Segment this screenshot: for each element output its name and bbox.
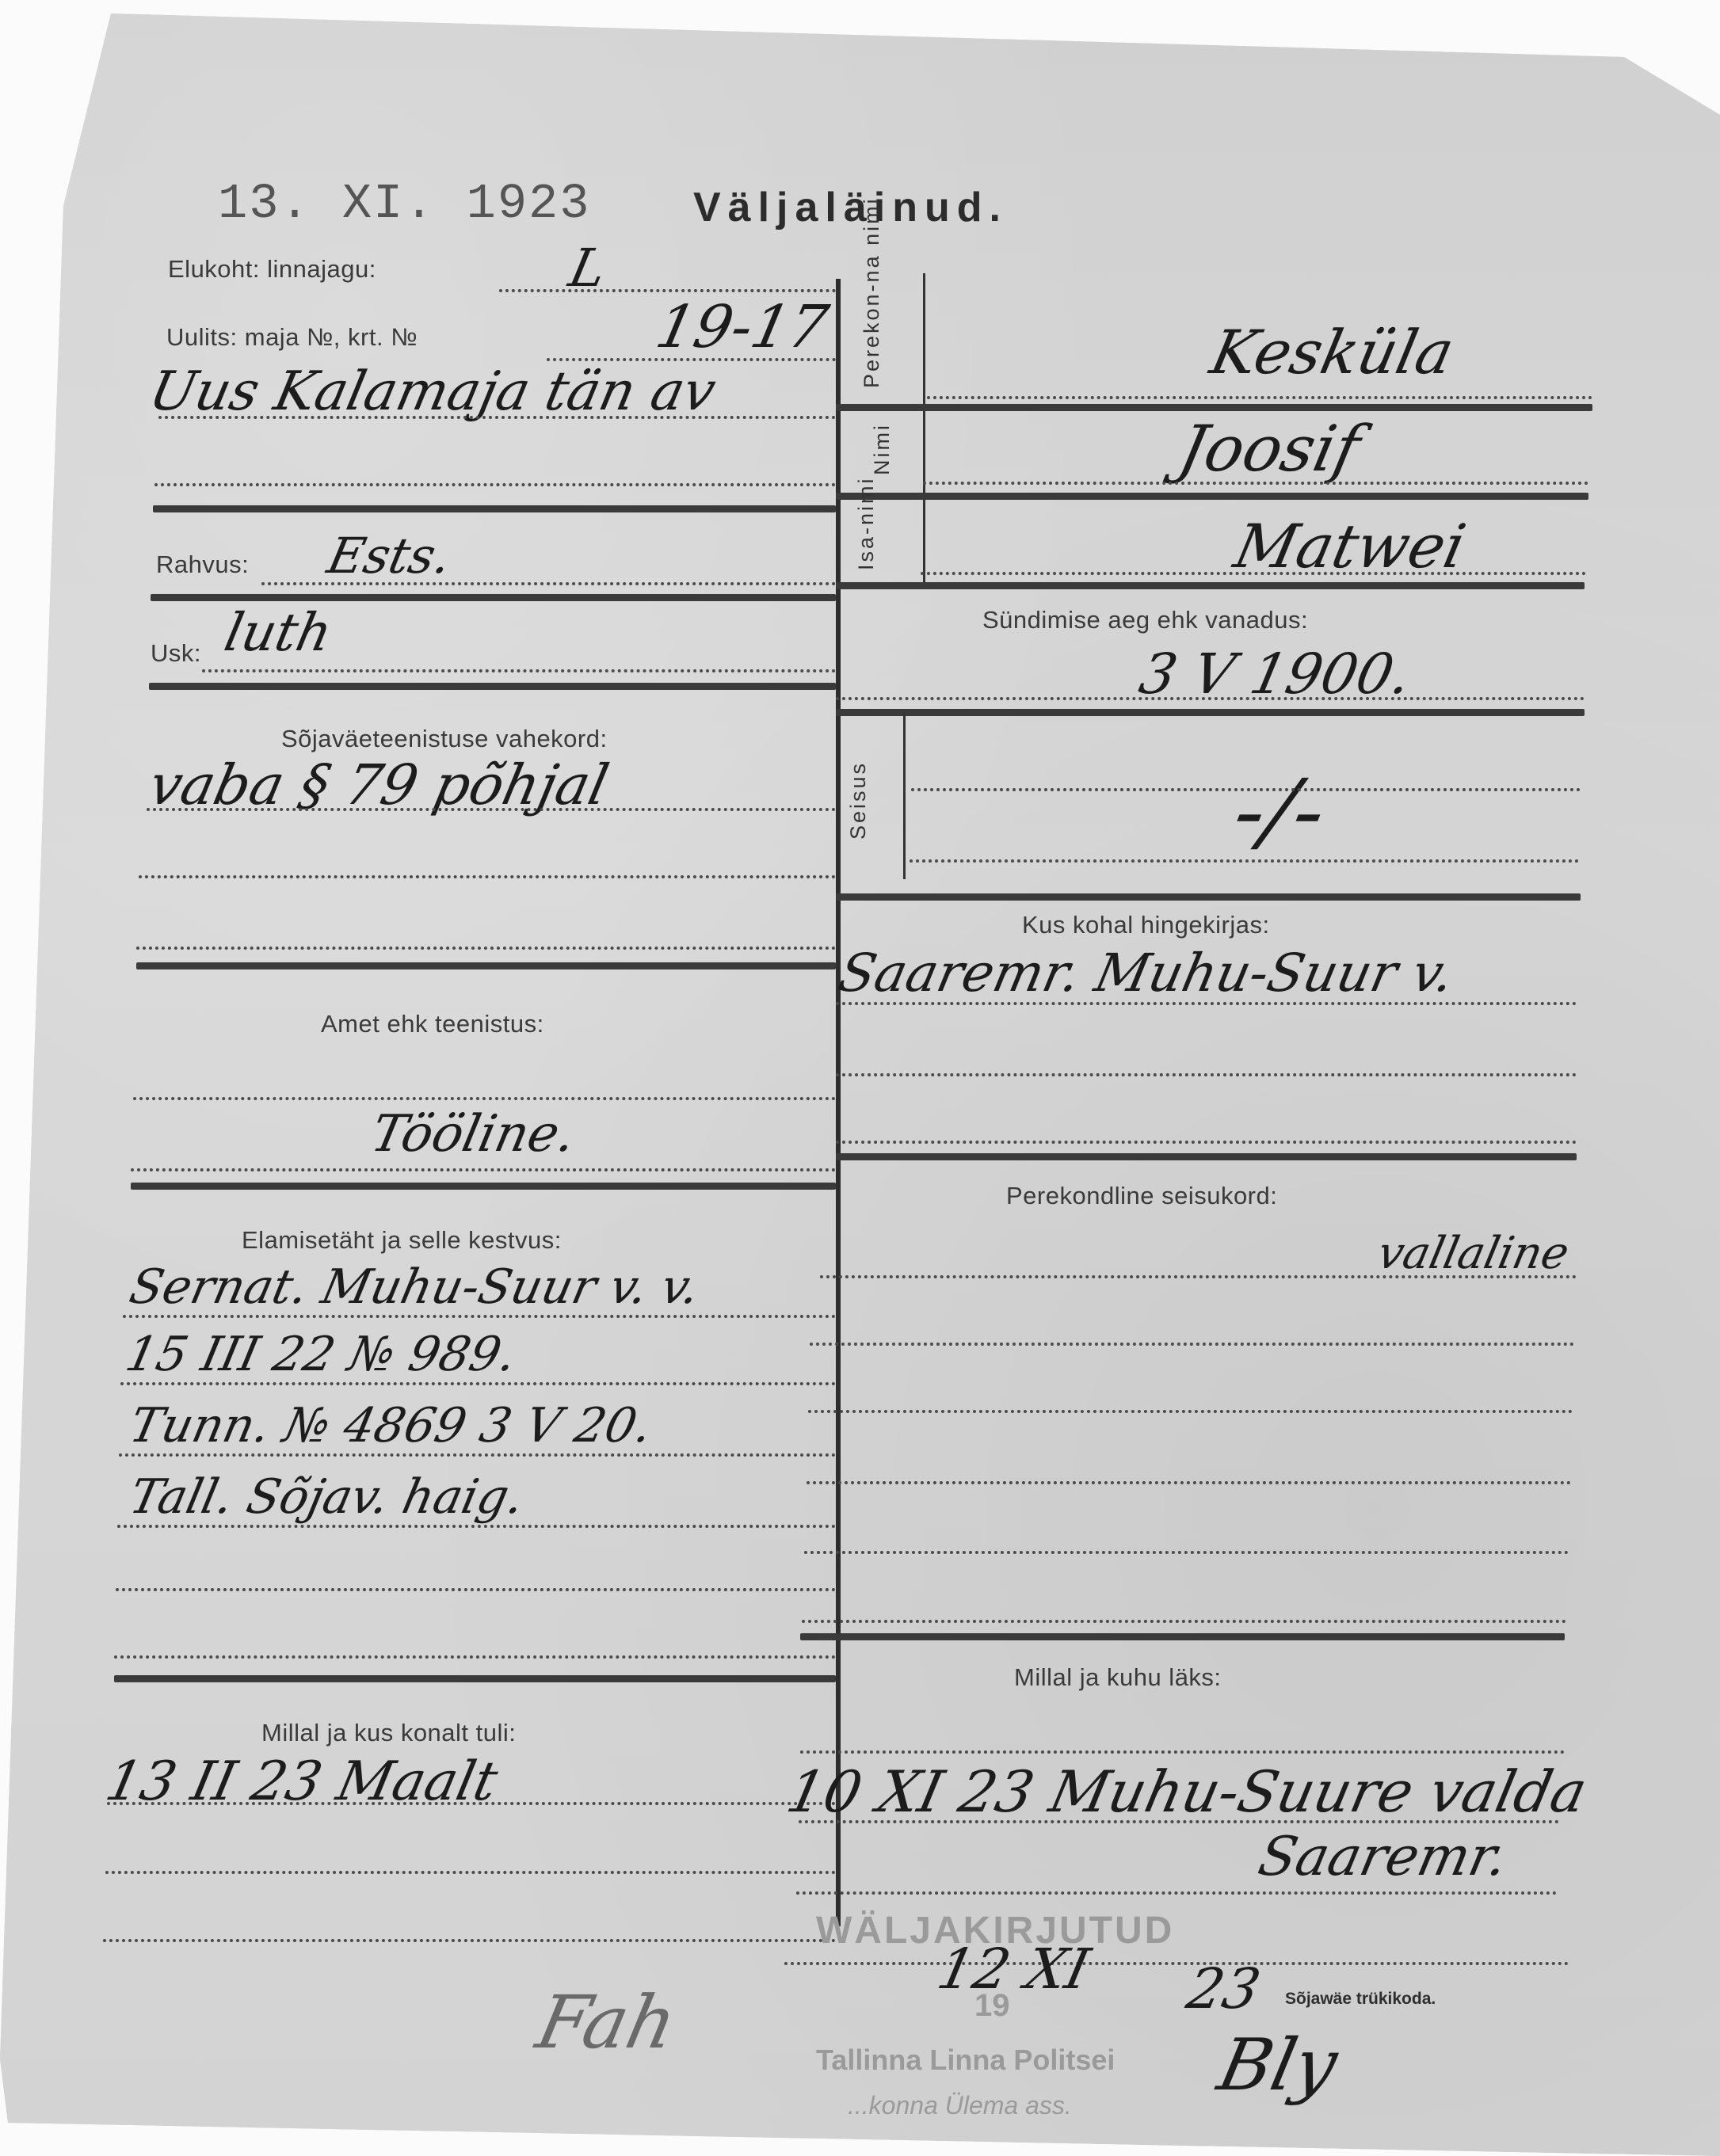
street-line-3 (154, 483, 836, 486)
military-line-2 (139, 875, 836, 878)
arrival-line-2 (105, 1871, 836, 1874)
marital-line-1 (820, 1275, 1577, 1278)
name-label-divider (923, 273, 925, 582)
status-line-2 (910, 859, 1579, 863)
religion-label: Usk: (151, 639, 201, 668)
parish-line-3 (836, 1141, 1577, 1144)
nationality-line (261, 582, 836, 585)
official-signature: Bly (1211, 2024, 1344, 2107)
street-label: Uulits: maja №, krt. № (166, 323, 418, 352)
religion-line (202, 669, 836, 672)
name-rule (836, 582, 1585, 589)
birth-label: Sündimise aeg ehk vanadus: (982, 606, 1308, 634)
first-name-value: Joosif (1173, 412, 1366, 486)
section-rule (836, 709, 1585, 716)
birth-line (836, 697, 1585, 700)
departure-label: Millal ja kuhu läks: (1014, 1663, 1222, 1692)
document-title: Väljaläinud. (693, 184, 1008, 231)
marital-line-5 (804, 1551, 1569, 1554)
marital-line-3 (808, 1410, 1573, 1413)
occupation-value: Tööline. (366, 1105, 581, 1164)
section-rule (800, 1633, 1565, 1640)
military-label: Sõjaväeteenistuse vahekord: (281, 725, 608, 753)
permit-line-2 (120, 1382, 836, 1385)
arrival-line-1 (107, 1802, 836, 1805)
parish-register-label: Kus kohal hingekirjas: (1022, 911, 1270, 939)
marital-line-2 (810, 1343, 1574, 1346)
occupation-line-1 (133, 1097, 836, 1100)
surname-label: Perekon-na nimi (860, 196, 883, 388)
section-rule (836, 893, 1581, 901)
military-line-1 (147, 808, 836, 811)
marital-line-6 (802, 1620, 1566, 1623)
signed-year: 23 (1181, 1956, 1266, 2021)
marital-status-value: vallaline (1373, 1228, 1573, 1279)
parish-register-value: Saaremr. Muhu-Suur v. (833, 943, 1459, 1004)
district-line (499, 289, 836, 292)
faded-stamp-office: Tallinna Linna Politsei (816, 2044, 1115, 2077)
nationality-value: Ests. (322, 527, 456, 585)
permit-line-4 (117, 1525, 836, 1528)
patronymic-value: Matwei (1229, 511, 1472, 581)
residence-permit-label: Elamisetäht ja selle kestvus: (242, 1226, 562, 1255)
street-value: Uus Kalamaja tän av (144, 360, 722, 423)
occupation-label: Amet ehk teenistus: (321, 1010, 544, 1038)
departure-value-line-2: Saaremr. (1253, 1826, 1513, 1888)
section-rule (114, 1675, 836, 1682)
column-divider (836, 279, 841, 1926)
section-rule (136, 962, 836, 969)
nationality-label: Rahvus: (156, 550, 249, 579)
patronymic-line (921, 572, 1586, 575)
first-name-label: Nimi (870, 423, 894, 475)
residence-permit-line-2: 15 III 22 № 989. (121, 1327, 521, 1382)
status-label-divider (903, 713, 906, 879)
marital-line-4 (807, 1481, 1571, 1484)
parish-line-1 (836, 1002, 1577, 1005)
status-line-1 (911, 788, 1581, 791)
marital-status-label: Perekondline seisukord: (1006, 1182, 1277, 1210)
religion-value: luth (219, 602, 338, 663)
signed-date: 12 XI (932, 1937, 1095, 2002)
printer-credit: Sõjawäe trükikoda. (1285, 1990, 1436, 2009)
section-rule (836, 1153, 1577, 1160)
stamp-date: 13. XI. 1923 (218, 176, 590, 232)
street-line-2 (158, 416, 836, 419)
name-rule (836, 493, 1588, 500)
section-rule (131, 1183, 836, 1190)
pencil-signature: Fah (530, 1980, 684, 2065)
departure-line-2 (799, 1820, 1559, 1823)
residence-permit-line-1: Sernat. Muhu-Suur v. v. (125, 1259, 704, 1315)
house-number-value: 19-17 (650, 293, 834, 361)
patronymic-label: Isa-nimi (854, 476, 878, 570)
occupation-line-2 (131, 1168, 836, 1171)
departure-value-line-1: 10 XI 23 Muhu-Suure valda (781, 1758, 1592, 1825)
permit-line-6 (114, 1655, 836, 1659)
permit-line-3 (119, 1453, 836, 1457)
parish-line-2 (836, 1073, 1577, 1076)
surname-value: Kesküla (1205, 317, 1460, 387)
departure-line-4 (784, 1962, 1569, 1965)
faded-stamp-sub: ...konna Ülema ass. (848, 2091, 1072, 2120)
district-label: Elukoht: linnajagu: (168, 255, 376, 284)
first-name-line (923, 482, 1588, 485)
departure-line-3 (796, 1891, 1557, 1895)
permit-line-5 (116, 1588, 836, 1591)
faded-year-prefix: 19 (974, 1988, 1010, 2024)
section-rule (149, 683, 836, 690)
section-rule (153, 505, 836, 512)
departure-line-1 (800, 1750, 1565, 1754)
residence-permit-line-3: Tunn. № 4869 3 V 20. (125, 1398, 658, 1453)
residence-permit-line-4: Tall. Sõjav. haig. (125, 1469, 529, 1525)
section-rule (151, 594, 836, 601)
name-rule (836, 404, 1592, 411)
arrival-label: Millal ja kus konalt tuli: (261, 1719, 516, 1747)
military-line-3 (136, 947, 836, 950)
status-label: Seisus (846, 761, 870, 840)
surname-line (927, 396, 1592, 399)
arrival-line-3 (103, 1939, 836, 1942)
permit-line-1 (123, 1315, 836, 1318)
